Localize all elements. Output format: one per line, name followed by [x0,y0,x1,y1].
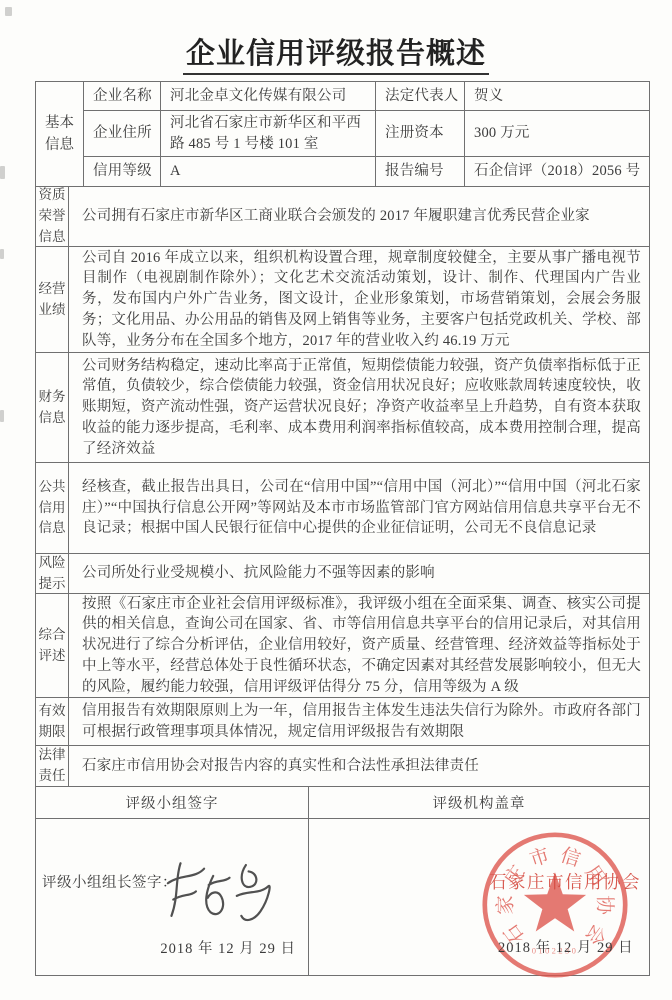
table-row: 企业名称 河北金卓文化传媒有限公司 法定代表人 贺义 [83,82,649,110]
signoff-body-row: 评级小组组长签字： 2018 年 12 月 29 日 [36,818,649,975]
field-value: A [160,157,375,186]
section-content: 公司财务结构稳定，速动比率高于正常值，短期偿债能力较强，资产负债率指标低于正常值… [68,353,649,462]
table-row: 企业住所 河北省石家庄市新华区和平西路 485 号 1 号楼 101 室 注册资… [83,110,649,156]
section-label: 综合评述 [36,594,68,697]
section-label: 风险提示 [36,554,68,593]
section-validity-period: 有效期限 信用报告有效期限原则上为一年，信用报告主体发生违法失信行为除外。市政府… [36,697,649,745]
page-title: 企业信用评级报告概述 [183,31,489,75]
svg-text:信: 信 [558,844,583,871]
section-legal-liability: 法律责任 石家庄市信用协会对报告内容的真实性和合法性承担法律责任 [36,745,649,786]
section-label: 经营业绩 [36,247,68,352]
section-content: 信用报告有效期限原则上为一年，信用报告主体发生违法失信行为除外。市政府各部门可根… [68,698,649,745]
scan-artifact [0,249,4,259]
field-value: 河北金卓文化传媒有限公司 [160,82,375,110]
document-page: 企业信用评级报告概述 基本信息 企业名称 河北金卓文化传媒有限公司 法定代表人 … [0,0,672,1000]
signoff-header-row: 评级小组签字 评级机构盖章 [36,786,649,818]
section-risk-notice: 风险提示 公司所处行业受规模小、抗风险能力不强等因素的影响 [36,553,649,593]
agency-name-text: 石家庄市信用协会 [489,869,641,894]
field-label: 注册资本 [375,111,464,156]
field-value: 300 万元 [464,111,649,156]
report-table: 基本信息 企业名称 河北金卓文化传媒有限公司 法定代表人 贺义 企业住所 河北省… [35,81,650,976]
section-business-performance: 经营业绩 公司自 2016 年成立以来，组织机构设置合理，规章制度较健全，主要从… [36,246,649,352]
section-content: 经核查，截止报告出具日，公司在“信用中国”“信用中国（河北）”“信用中国（河北石… [68,463,649,553]
section-content: 公司拥有石家庄市新华区工商业联合会颁发的 2017 年履职建言优秀民营企业家 [68,187,649,246]
field-label: 企业名称 [83,82,160,110]
section-content: 公司所处行业受规模小、抗风险能力不强等因素的影响 [68,554,649,593]
svg-text:市: 市 [527,844,552,871]
rating-team-signature-header: 评级小组签字 [36,787,308,818]
field-label: 信用等级 [83,157,160,186]
field-value: 石企信评（2018）2056 号 [464,157,649,186]
leader-signature-label: 评级小组组长签字： [42,871,177,892]
scan-artifact [0,166,5,179]
section-label-basic-info: 基本信息 [36,82,83,186]
seal-date: 2018 年 12 月 29 日 [498,936,634,957]
field-value: 贺义 [464,82,649,110]
handwritten-signature [166,851,284,939]
section-content: 石家庄市信用协会对报告内容的真实性和合法性承担法律责任 [68,746,649,786]
scan-artifact [5,7,12,16]
section-label: 有效期限 [36,698,68,745]
signature-date: 2018 年 12 月 29 日 [160,937,296,958]
rating-agency-seal-header: 评级机构盖章 [308,787,649,818]
svg-text:协: 协 [594,895,616,916]
field-label: 报告编号 [375,157,464,186]
section-label: 公共信用信息 [36,463,68,553]
title-row: 企业信用评级报告概述 [0,31,672,75]
table-row: 信用等级 A 报告编号 石企信评（2018）2056 号 [83,156,649,186]
section-overall-review: 综合评述 按照《石家庄市企业社会信用评级标准》，我评级小组在全面采集、调查、核实… [36,593,649,697]
svg-text:家: 家 [494,895,516,915]
official-round-seal: 石家庄市信用协会 0102230 [477,827,633,983]
basic-info-rows: 企业名称 河北金卓文化传媒有限公司 法定代表人 贺义 企业住所 河北省石家庄市新… [83,82,649,186]
section-content: 按照《石家庄市企业社会信用评级标准》，我评级小组在全面采集、调查、核实公司提供的… [68,594,649,697]
section-financial-info: 财务信息 公司财务结构稳定，速动比率高于正常值，短期偿债能力较强，资产负债率指标… [36,352,649,462]
seal-cell: 石家庄市信用协会 0102230 石家庄市信用协会 2018 年 12 月 29… [308,819,649,975]
section-content: 公司自 2016 年成立以来，组织机构设置合理，规章制度较健全，主要从事广播电视… [68,247,649,352]
section-label: 资质荣誉信息 [36,187,68,246]
section-basic-info: 基本信息 企业名称 河北金卓文化传媒有限公司 法定代表人 贺义 企业住所 河北省… [36,82,649,186]
scan-artifact [0,410,4,422]
section-public-credit-info: 公共信用信息 经核查，截止报告出具日，公司在“信用中国”“信用中国（河北）”“信… [36,462,649,553]
section-label: 财务信息 [36,353,68,462]
signature-cell: 评级小组组长签字： 2018 年 12 月 29 日 [36,819,308,975]
section-qualification-honors: 资质荣誉信息 公司拥有石家庄市新华区工商业联合会颁发的 2017 年履职建言优秀… [36,186,649,246]
field-label: 企业住所 [83,111,160,156]
field-value: 河北省石家庄市新华区和平西路 485 号 1 号楼 101 室 [160,111,375,156]
section-label: 法律责任 [36,746,68,786]
field-label: 法定代表人 [375,82,464,110]
